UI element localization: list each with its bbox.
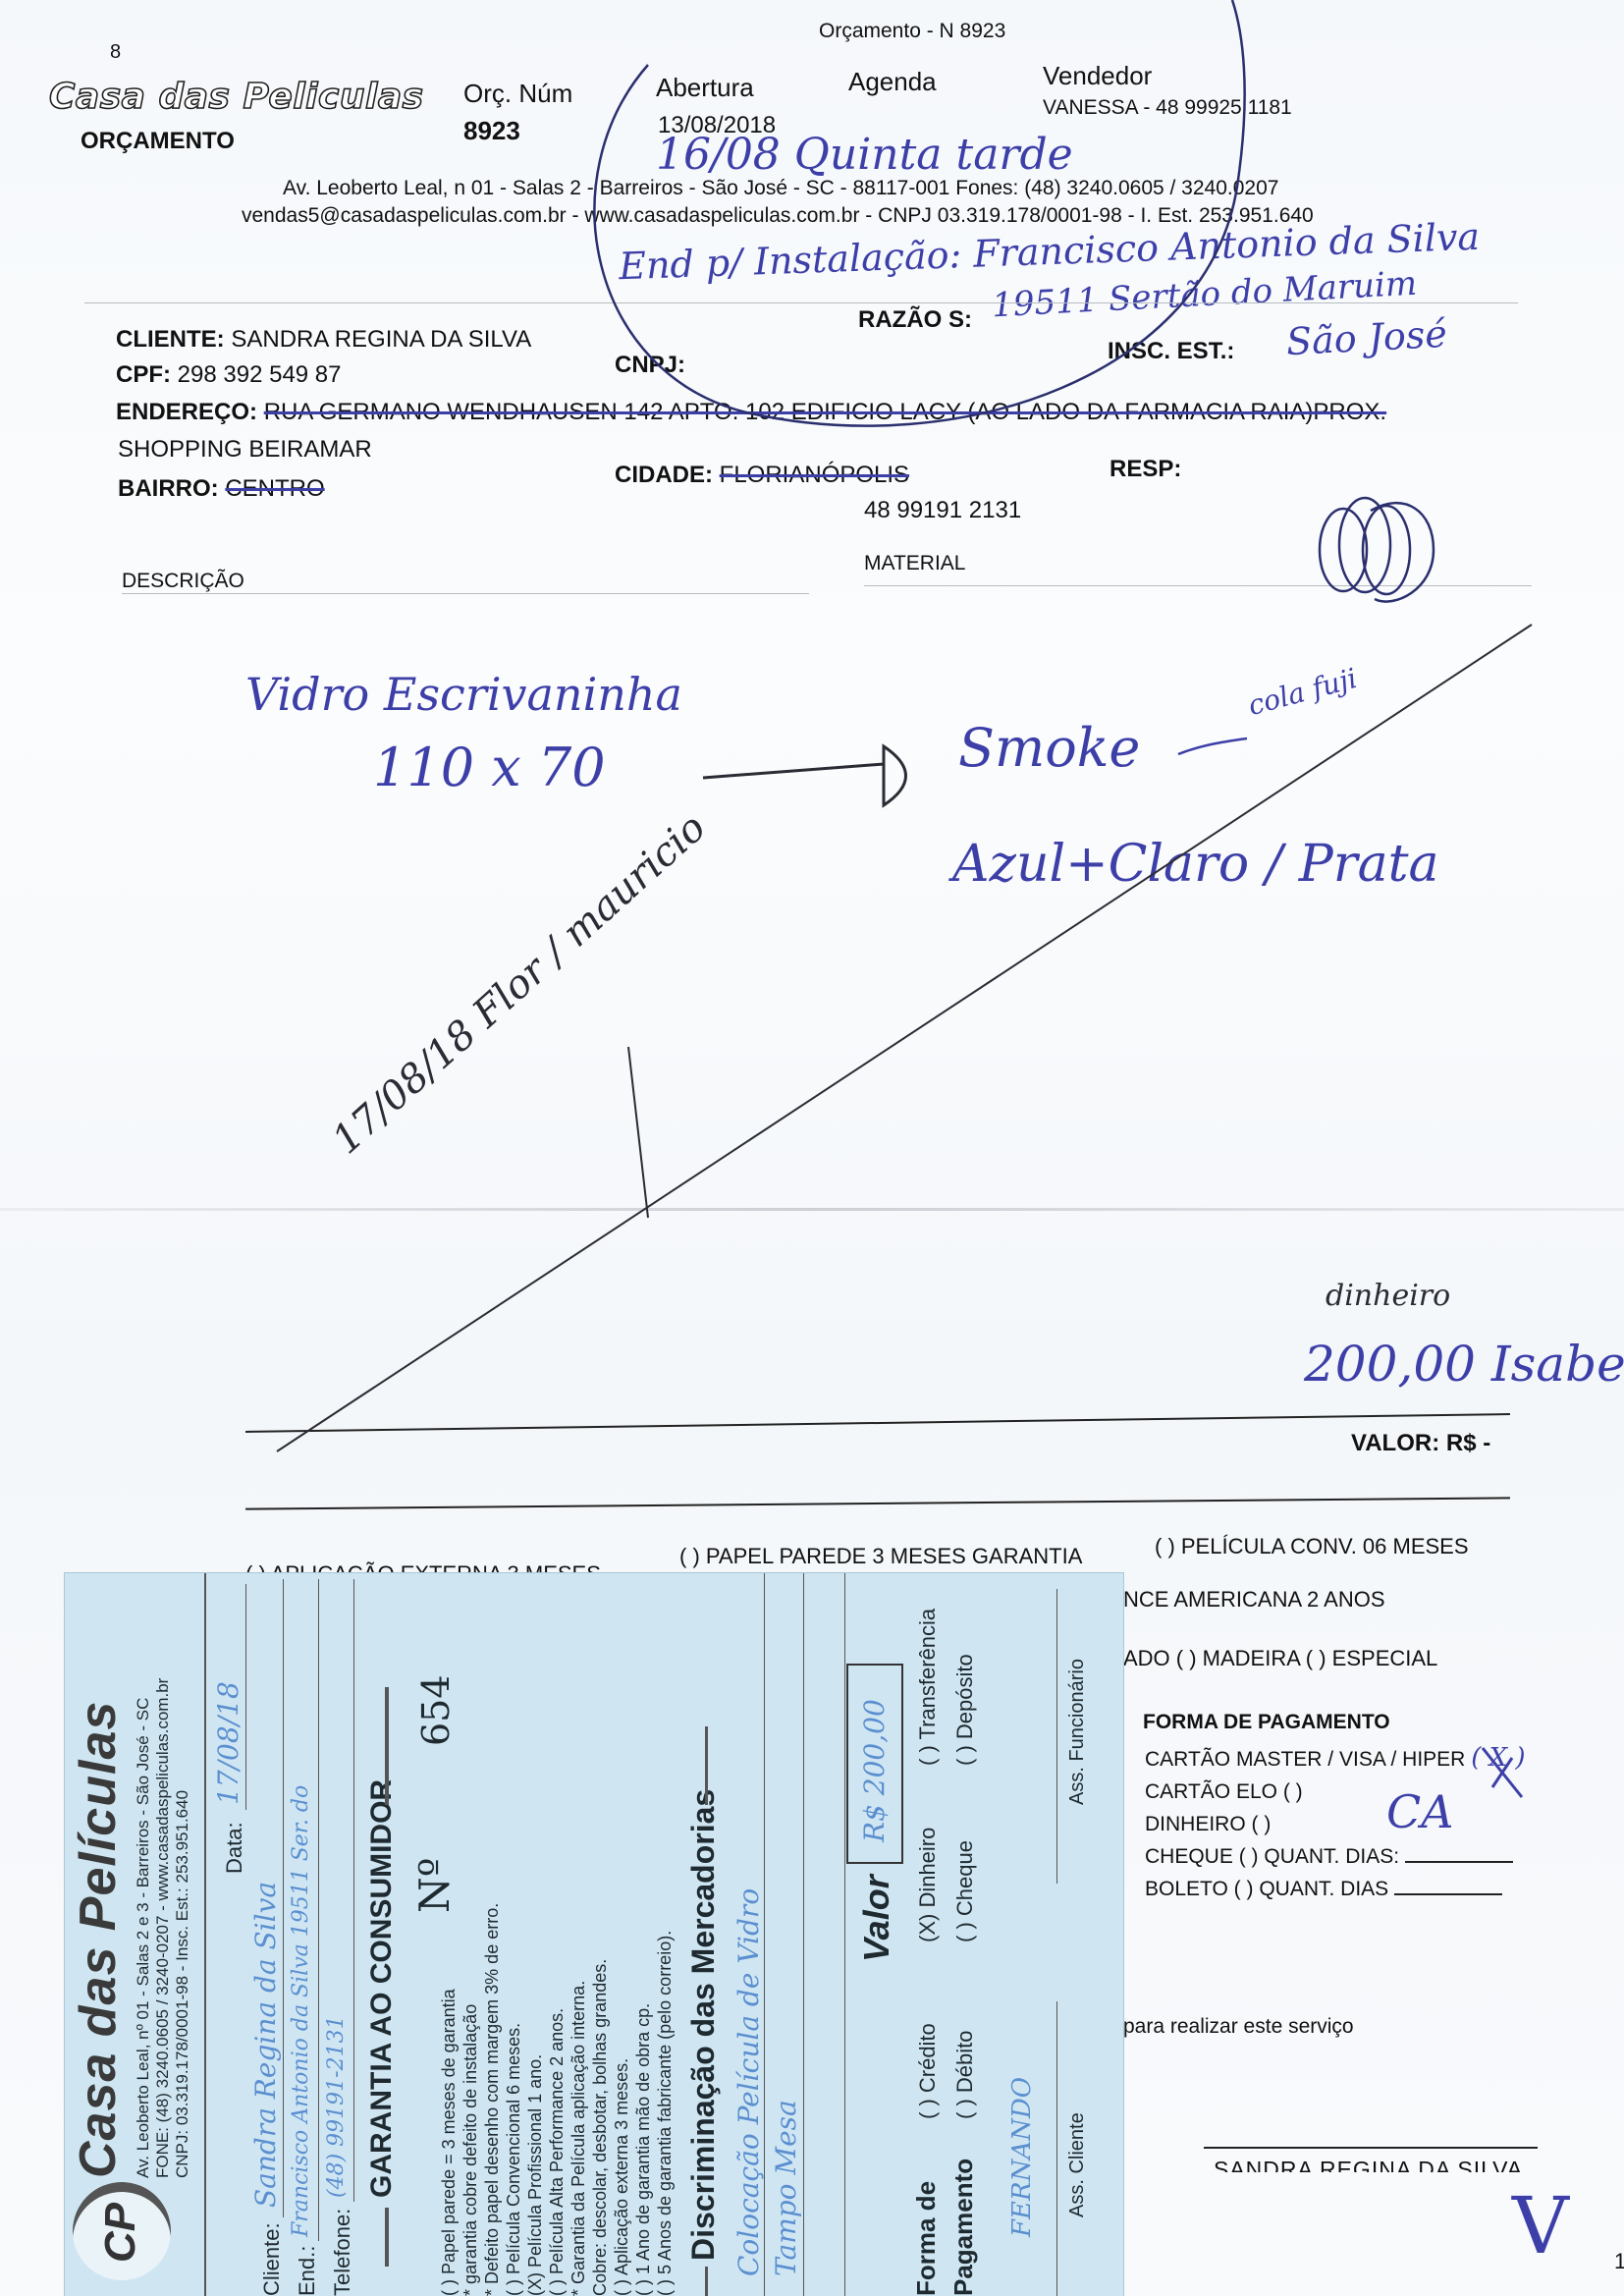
- garantia-list: ( ) Papel parede = 3 meses de garantia *…: [438, 1903, 676, 2296]
- company-address: Av. Leoberto Leal, n 01 - Salas 2 - Barr…: [283, 177, 1278, 200]
- endereco-continued: SHOPPING BEIRAMAR: [118, 436, 372, 464]
- slip-date-value: 17/08/18: [212, 1681, 244, 1805]
- garantia-title: GARANTIA AO CONSUMIDOR: [365, 1779, 399, 2198]
- page-number: 1: [1614, 2249, 1624, 2274]
- slip-valor-label: Valor: [856, 1875, 897, 1962]
- divider: [864, 585, 1532, 586]
- cpf-field: CPF: 298 392 549 87: [116, 361, 342, 389]
- slip-end-value: Francisco Antonio da Silva 19511 Ser. do: [289, 1785, 313, 2237]
- orc-num-label: Orç. Núm: [463, 79, 572, 109]
- mercadorias-line-1: Colocação Película de Vidro: [732, 1888, 765, 2276]
- cidade-field: CIDADE: FLORIANÓPOLIS: [615, 462, 909, 489]
- payment-options: CARTÃO MASTER / VISA / HIPER ( X ) CARTÃ…: [1145, 1742, 1526, 1905]
- endereco-field: ENDEREÇO: RUA GERMANO WENDHAUSEN 142 APT…: [116, 399, 1386, 426]
- payment-option-boleto[interactable]: BOLETO ( ) QUANT. DIAS: [1145, 1873, 1526, 1905]
- divider: [122, 593, 809, 594]
- film-alternative: Azul+Claro / Prata: [952, 835, 1439, 894]
- vendedor-label: Vendedor: [1043, 61, 1152, 91]
- option-papel-parede[interactable]: ( ) PAPEL PAREDE 3 MESES GARANTIA: [679, 1544, 1082, 1569]
- cnpj-label: CNPJ:: [615, 352, 685, 379]
- slip-cliente-label: Cliente:: [259, 2222, 285, 2296]
- payment-note: dinheiro: [1326, 1279, 1450, 1313]
- item-dimensions: 110 x 70: [373, 737, 606, 798]
- check-mark: V: [1512, 2180, 1569, 2271]
- item-description: Vidro Escrivaninha: [245, 668, 682, 721]
- doc-type-title: ORÇAMENTO: [81, 128, 235, 155]
- warranty-slip: CP Casa das Películas Av. Leoberto Leal,…: [65, 1573, 1123, 2296]
- slip-pag-credito[interactable]: ( ) Crédito: [915, 2023, 941, 2119]
- payment-initials: CA: [1386, 1785, 1453, 1838]
- slip-address: Av. Leoberto Leal, nº 01 - Salas 2 e 3 -…: [134, 1698, 153, 2178]
- slip-cliente-value: Sandra Regina da Silva: [249, 1882, 282, 2208]
- slip-telefone-value: (48) 99191-2131: [324, 2015, 349, 2198]
- divider: [84, 302, 1518, 303]
- slip-client-signature: FERNANDO: [1007, 2077, 1037, 2237]
- payment-option-cheque[interactable]: CHEQUE ( ) QUANT. DIAS:: [1145, 1840, 1526, 1873]
- slip-ass-cliente: Ass. Cliente: [1066, 2112, 1089, 2217]
- company-contact: vendas5@casadaspeliculas.com.br - www.ca…: [242, 204, 1314, 228]
- slip-numero-value: 654: [414, 1674, 458, 1746]
- slip-phones: FONE: (48) 3240.0605 / 3240-0207 - www.c…: [153, 1678, 173, 2178]
- material-label: MATERIAL: [864, 552, 965, 575]
- slip-cnpj: CNPJ: 03.319.178/0001-98 - Insc. Est.: 2…: [173, 1790, 192, 2178]
- vendedor-value: VANESSA - 48 99925 1181: [1043, 96, 1292, 120]
- amount-handwritten: 200,00 Isabel: [1304, 1336, 1624, 1393]
- agenda-handwritten: 16/08 Quinta tarde: [656, 130, 1073, 180]
- slip-pag-cheque[interactable]: ( ) Cheque: [952, 1840, 978, 1942]
- payment-option-dinheiro[interactable]: DINHEIRO ( ): [1145, 1808, 1526, 1840]
- abertura-label: Abertura: [656, 73, 754, 103]
- service-text: para realizar este serviço: [1123, 2015, 1354, 2039]
- signature-name: SANDRA REGINA DA SILVA: [1214, 2157, 1523, 2172]
- insc-est-label: INSC. EST.:: [1108, 338, 1234, 365]
- resp-label: RESP:: [1110, 456, 1181, 483]
- razao-label: RAZÃO S:: [858, 306, 972, 334]
- client-phone: 48 99191 2131: [864, 497, 1021, 524]
- slip-pag-dinheiro[interactable]: (X) Dinheiro: [915, 1828, 941, 1942]
- slip-brand: Casa das Películas: [69, 1701, 128, 2178]
- bairro-field: BAIRRO: CENTRO: [118, 475, 325, 503]
- slip-valor-box: R$ 200,00: [846, 1664, 903, 1864]
- mercadorias-title: Discriminação das Mercadorias: [685, 1789, 722, 2261]
- install-address-city: São José: [1285, 312, 1448, 364]
- option-pelicula-conv[interactable]: ( ) PELÍCULA CONV. 06 MESES: [1155, 1534, 1469, 1559]
- slip-ass-funcionario: Ass. Funcionário: [1066, 1659, 1089, 1805]
- signature-line: [1204, 2147, 1538, 2149]
- slip-pagamento-title-1: Forma de: [911, 2181, 942, 2296]
- page-marker: 8: [110, 41, 121, 64]
- descricao-label: DESCRIÇÃO: [122, 570, 244, 593]
- slip-date-label: Data:: [222, 1822, 247, 1874]
- option-performance-americana[interactable]: NCE AMERICANA 2 ANOS: [1123, 1587, 1385, 1613]
- film-type: Smoke: [958, 717, 1140, 779]
- slip-pag-debito[interactable]: ( ) Débito: [952, 2031, 978, 2119]
- cliente-field: CLIENTE: SANDRA REGINA DA SILVA: [116, 326, 531, 354]
- slip-pagamento-title-2: Pagamento: [948, 2159, 979, 2296]
- payment-title: FORMA DE PAGAMENTO: [1143, 1711, 1390, 1734]
- slip-end-label: End.:: [295, 2246, 320, 2296]
- paper-fold: [0, 1208, 1624, 1211]
- mercadorias-line-2: Tampo Mesa: [770, 2100, 802, 2276]
- orc-num-value: 8923: [463, 116, 520, 146]
- option-madeira-especial[interactable]: ADO ( ) MADEIRA ( ) ESPECIAL: [1123, 1646, 1437, 1671]
- company-logo: Casa das Peliculas: [49, 77, 424, 117]
- slip-telefone-label: Telefone:: [330, 2209, 355, 2296]
- slip-pag-deposito[interactable]: ( ) Depósito: [952, 1654, 978, 1766]
- warranty-slip-content: CP Casa das Películas Av. Leoberto Leal,…: [65, 1573, 1123, 2296]
- doc-reference: Orçamento - N 8923: [819, 20, 1005, 43]
- slip-pag-transferencia[interactable]: ( ) Transferência: [915, 1609, 941, 1766]
- valor-label: VALOR: R$ -: [1351, 1430, 1490, 1457]
- agenda-label: Agenda: [848, 67, 937, 97]
- payment-option-elo[interactable]: CARTÃO ELO ( ): [1145, 1776, 1526, 1808]
- cp-logo-mark: CP: [73, 2182, 171, 2280]
- payment-option-cartao[interactable]: CARTÃO MASTER / VISA / HIPER ( X ): [1145, 1742, 1526, 1776]
